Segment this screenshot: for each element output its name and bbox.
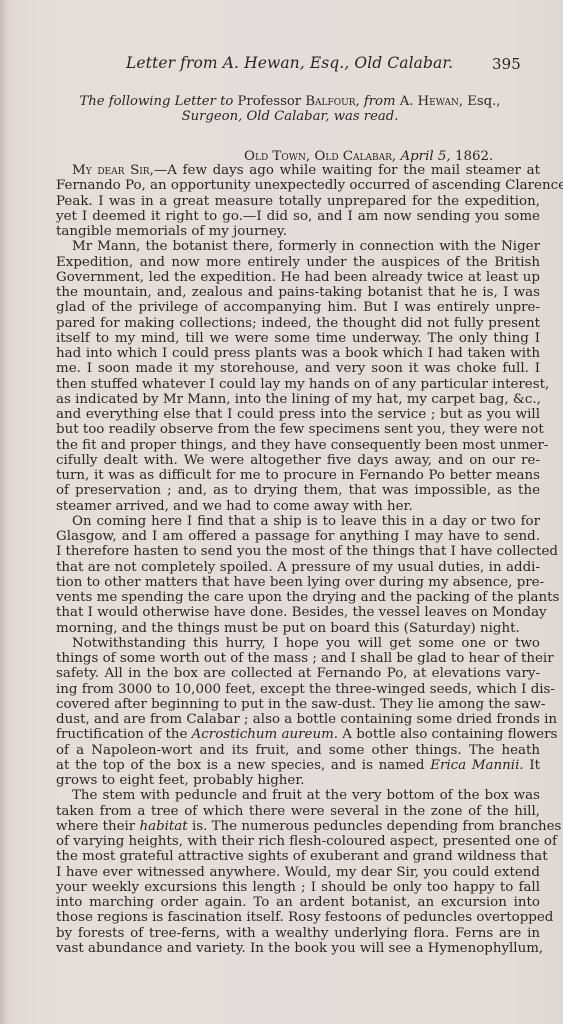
running-head-title: Letter from A. Hewan, Esq., Old Calabar. — [126, 54, 453, 72]
intro-text: , Esq., — [459, 94, 501, 109]
text-line: glad of the privilege of accompanying hi… — [56, 300, 540, 315]
page-number: 395 — [492, 55, 521, 73]
line-text: fructification of the — [56, 727, 192, 742]
intro-text: Surgeon, Old Calabar, was read. — [182, 109, 399, 124]
text-line: steamer arrived, and we had to come away… — [56, 499, 540, 514]
text-line: I have ever witnessed anywhere. Would, m… — [56, 865, 540, 880]
letter-body: My dear Sir,—A few days ago while waitin… — [56, 163, 540, 956]
intro-text: , from — [355, 94, 395, 109]
text-line: grows to eight feet, probably higher. — [56, 773, 540, 788]
text-line: those regions is fascination itself. Ros… — [56, 910, 540, 925]
text-line: fructification of the Acrostichum aureum… — [56, 727, 540, 742]
paragraph-2: Mr Mann, the botanist there, formerly in… — [56, 239, 540, 514]
text-line: at the top of the box is a new species, … — [56, 758, 540, 773]
text-line: cifully dealt with. We were altogether f… — [56, 453, 540, 468]
text-line: as indicated by Mr Mann, into the lining… — [56, 392, 540, 407]
text-line: Mr Mann, the botanist there, formerly in… — [56, 239, 540, 254]
line-text: at the top of the box is a new species, … — [56, 758, 430, 773]
paragraph-3: On coming here I find that a ship is to … — [56, 514, 540, 636]
text-line: had into which I could press plants was … — [56, 346, 540, 361]
paragraph-5: The stem with peduncle and fruit at the … — [56, 788, 540, 956]
text-line: Fernando Po, an opportunity unexpectedly… — [56, 178, 540, 193]
text-line: things of some worth out of the mass ; a… — [56, 651, 540, 666]
species-name: Acrostichum aureum. — [192, 727, 338, 742]
text-line: me. I soon made it my storehouse, and ve… — [56, 361, 540, 376]
dateline-year: 1862. — [455, 149, 493, 164]
text-line: My dear Sir,—A few days ago while waitin… — [56, 163, 540, 178]
text-line: Glasgow, and I am offered a passage for … — [56, 529, 540, 544]
line-text: —A few days ago while waiting for the ma… — [154, 163, 540, 178]
text-line: of a Napoleon-wort and its fruit, and so… — [56, 743, 540, 758]
text-line: Notwithstanding this hurry, I hope you w… — [56, 636, 540, 651]
text-line: morning, and the things must be put on b… — [56, 621, 540, 636]
text-line: that I would otherwise have done. Beside… — [56, 605, 540, 620]
text-line: Expedition, and now more entirely under … — [56, 255, 540, 270]
dateline-place: Old Town, Old Calabar, — [244, 149, 396, 164]
text-line: where their habitat is. The numerous ped… — [56, 819, 540, 834]
text-line: that are not completely spoiled. A press… — [56, 560, 540, 575]
recipient-name: Balfour — [305, 94, 355, 109]
salutation: My dear Sir, — [72, 163, 154, 178]
text-line: of preservation ; and, as to drying them… — [56, 483, 540, 498]
intro-line-1: The following Letter to Professor Balfou… — [50, 94, 530, 109]
text-line: dust, and are from Calabar ; also a bott… — [56, 712, 540, 727]
text-line: but too readily observe from the few spe… — [56, 422, 540, 437]
text-line: On coming here I find that a ship is to … — [56, 514, 540, 529]
text-line: vast abundance and variety. In the book … — [56, 941, 540, 956]
paragraph-4: Notwithstanding this hurry, I hope you w… — [56, 636, 540, 789]
text-line: by forests of tree-ferns, with a wealthy… — [56, 926, 540, 941]
text-line: tangible memorials of my journey. — [56, 224, 540, 239]
text-line: into marching order again. To an ardent … — [56, 895, 540, 910]
line-text: where their — [56, 819, 139, 834]
page-edge — [0, 0, 6, 1024]
text-line: of varying heights, with their rich fles… — [56, 834, 540, 849]
text-line: the mountain, and, zealous and pains-tak… — [56, 285, 540, 300]
text-line: The stem with peduncle and fruit at the … — [56, 788, 540, 803]
text-line: covered after beginning to put in the sa… — [56, 697, 540, 712]
author-name: Hewan — [418, 94, 459, 109]
text-line: taken from a tree of which there were se… — [56, 804, 540, 819]
intro-text: A. — [400, 94, 414, 109]
text-line: Peak. I was in a great measure totally u… — [56, 194, 540, 209]
text-line: pared for making collections; indeed, th… — [56, 316, 540, 331]
text-line: tion to other matters that have been lyi… — [56, 575, 540, 590]
dateline-date: April 5, — [400, 149, 450, 164]
paragraph-1: My dear Sir,—A few days ago while waitin… — [56, 163, 540, 239]
text-line: Government, led the expedition. He had b… — [56, 270, 540, 285]
text-line: vents me spending the care upon the dryi… — [56, 590, 540, 605]
text-line: itself to my mind, till we were some tim… — [56, 331, 540, 346]
intro-line-2: Surgeon, Old Calabar, was read. — [50, 109, 530, 124]
text-line: safety. All in the box are collected at … — [56, 666, 540, 681]
text-line: turn, it was as difficult for me to proc… — [56, 468, 540, 483]
text-line: and everything else that I could press i… — [56, 407, 540, 422]
text-line: I therefore hasten to send you the most … — [56, 544, 540, 559]
text-line: the most grateful attractive sights of e… — [56, 849, 540, 864]
text-line: yet I deemed it right to go.—I did so, a… — [56, 209, 540, 224]
line-text: A bottle also containing flowers — [338, 727, 557, 742]
italic-term: habitat — [139, 819, 187, 834]
species-name: Erica Mannii. — [430, 758, 523, 773]
text-line: ing from 3000 to 10,000 feet, except the… — [56, 682, 540, 697]
intro-text: Professor — [238, 94, 302, 109]
letter-introduction: The following Letter to Professor Balfou… — [50, 94, 530, 124]
line-text: It — [524, 758, 540, 773]
text-line: then stuffed whatever I could lay my han… — [56, 377, 540, 392]
text-line: your weekly excursions this length ; I s… — [56, 880, 540, 895]
line-text: is. The numerous peduncles depending fro… — [188, 819, 562, 834]
text-line: the fit and proper things, and they have… — [56, 438, 540, 453]
intro-text: The following Letter to — [80, 94, 234, 109]
